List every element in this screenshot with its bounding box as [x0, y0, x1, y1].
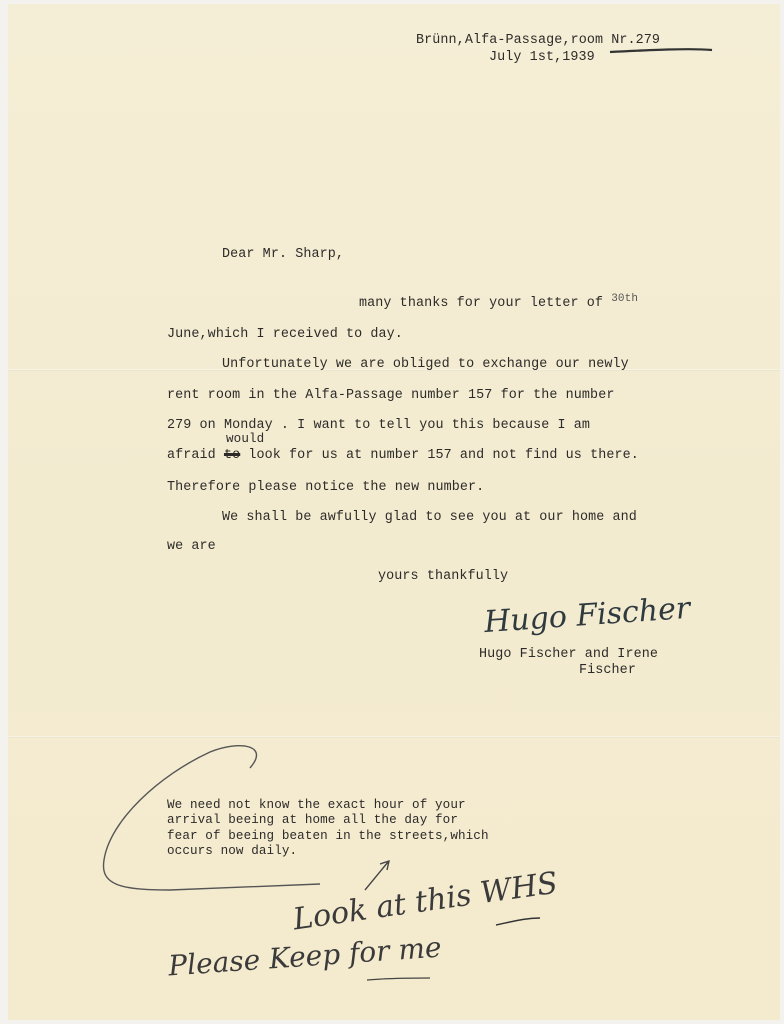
bracket-stroke	[104, 746, 320, 890]
pencil-markings	[0, 0, 784, 1024]
note-underline	[367, 978, 430, 980]
date-underline	[610, 49, 712, 52]
note-underline	[496, 918, 540, 925]
arrow-icon	[365, 861, 389, 890]
